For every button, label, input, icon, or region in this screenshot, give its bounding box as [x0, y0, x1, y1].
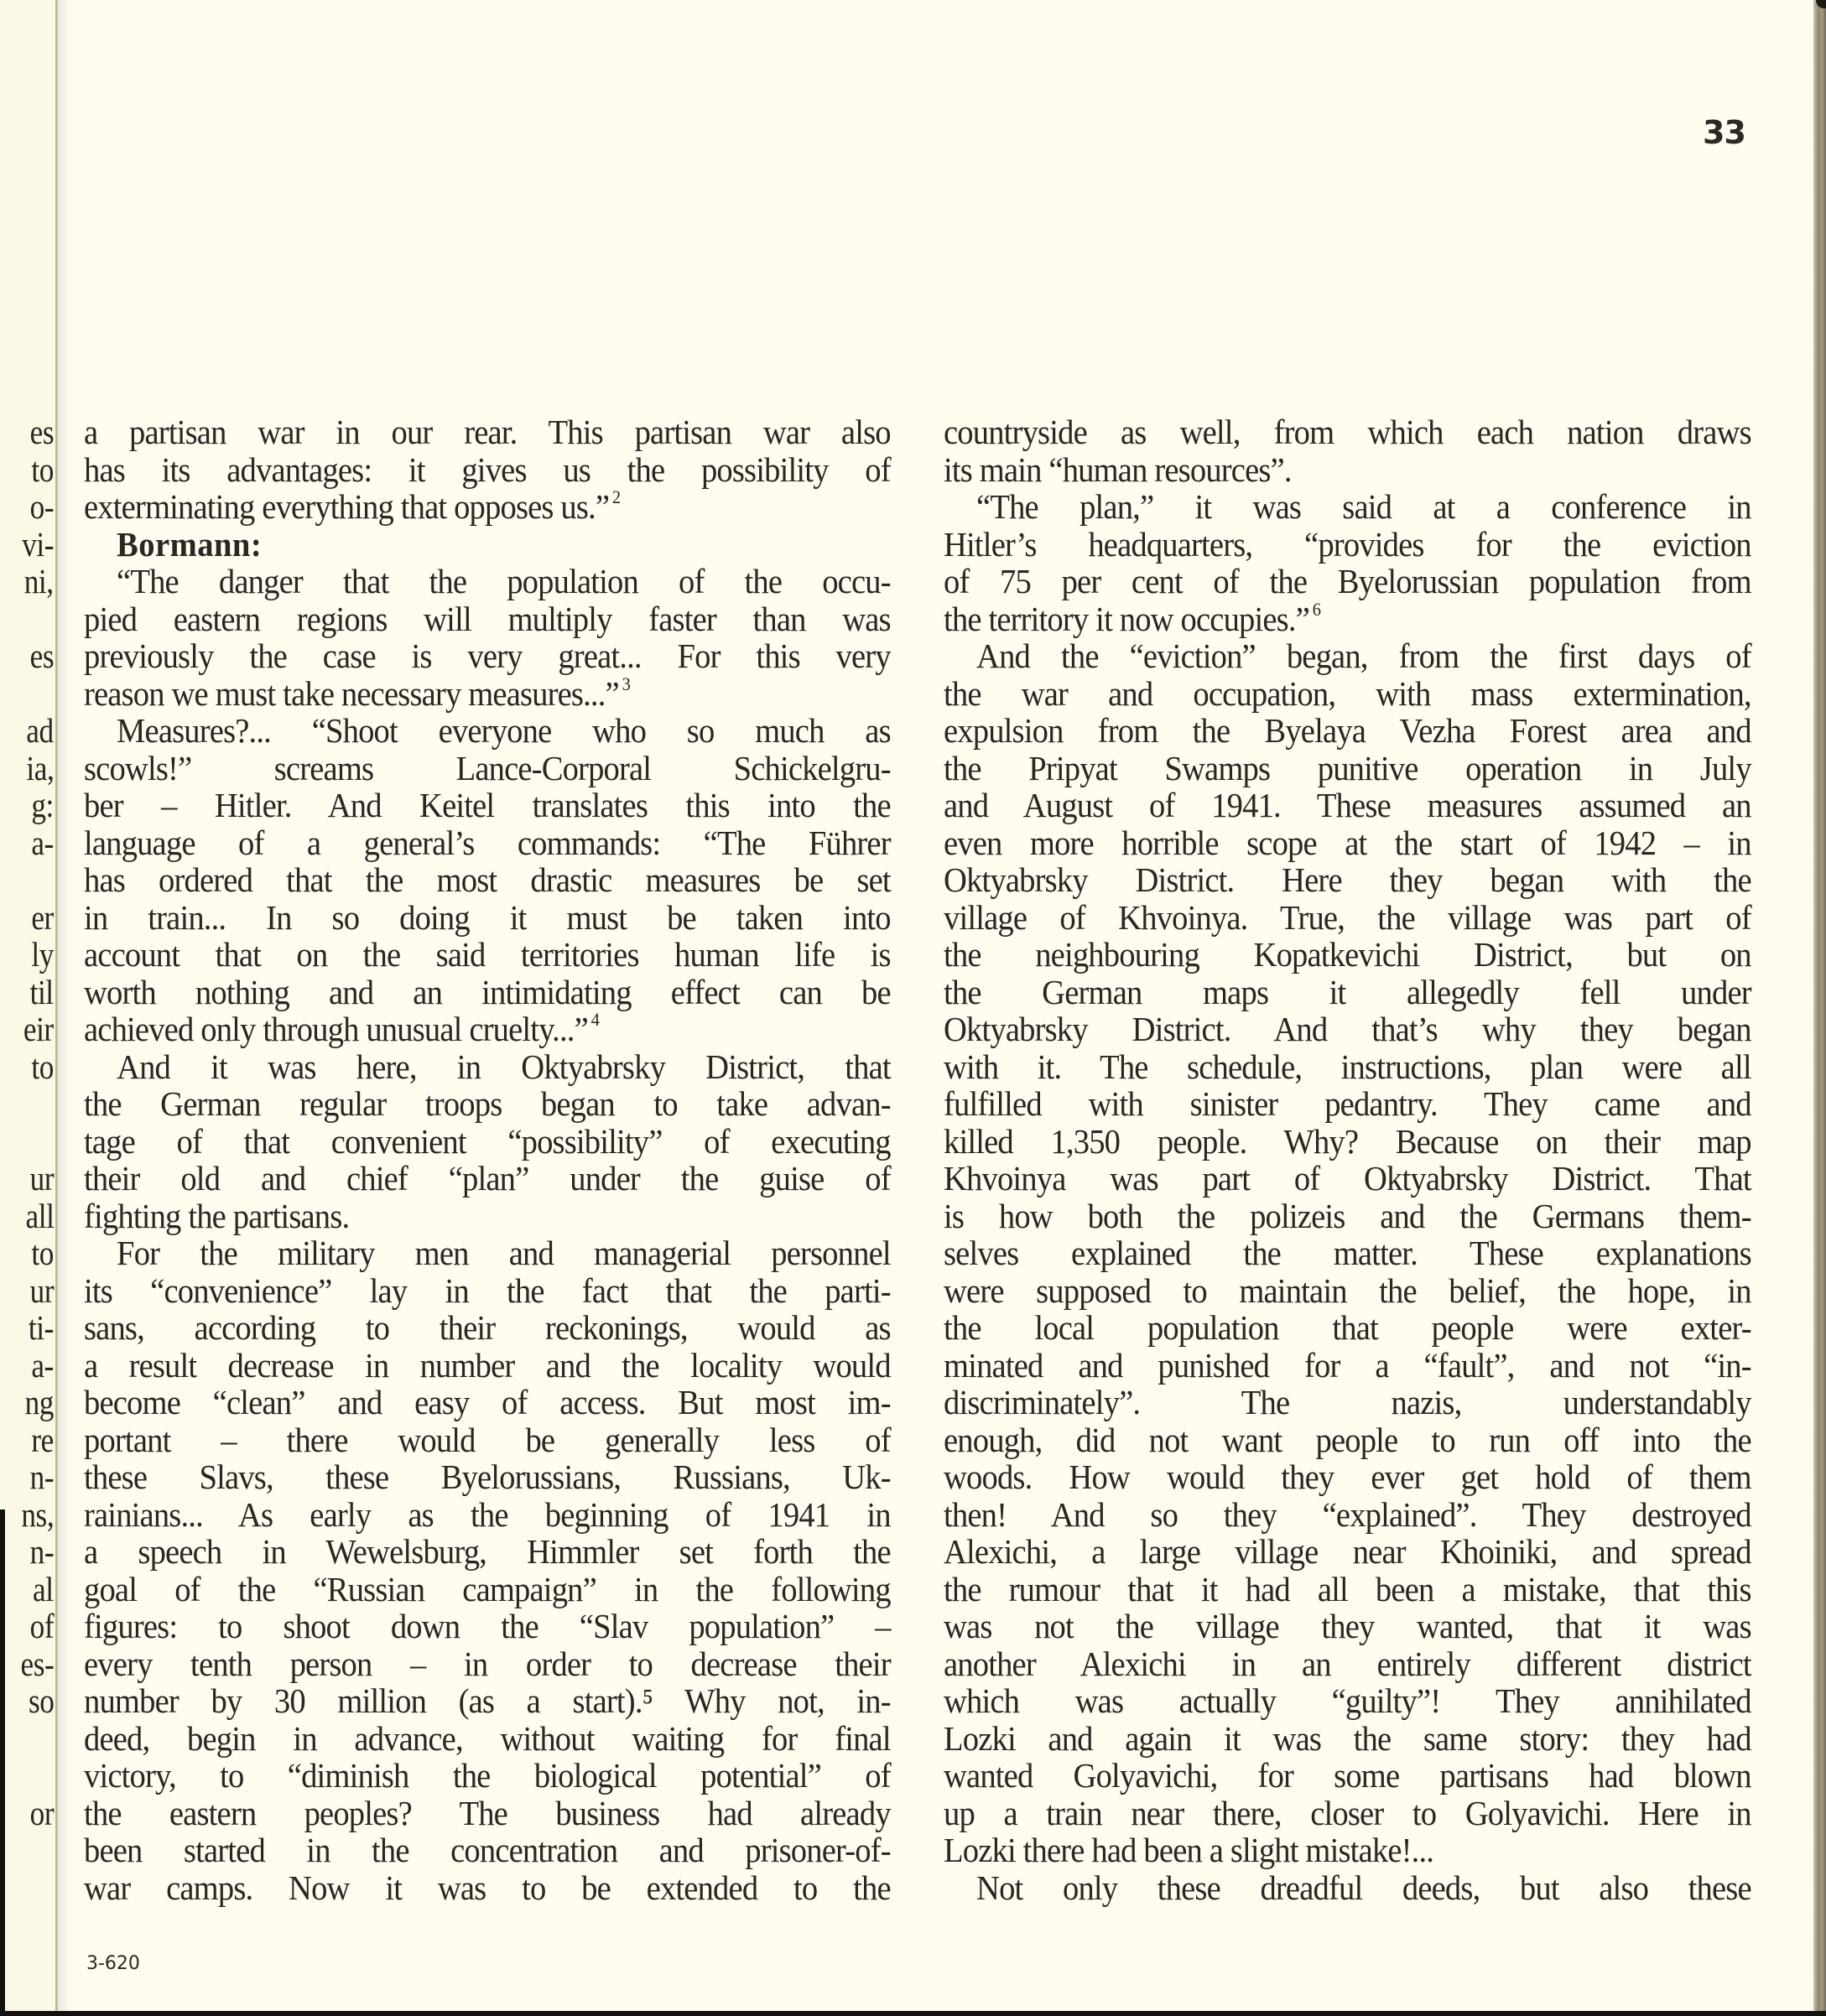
- text-line-content: ber – Hitler. And Keitel translates this…: [84, 786, 891, 824]
- text-line: the local population that people were ex…: [944, 1309, 1751, 1347]
- facing-page-text-fragment: to: [31, 1234, 54, 1272]
- text-line: figures: to shoot down the “Slav populat…: [84, 1608, 891, 1645]
- text-line: become “clean” and easy of access. But m…: [84, 1384, 891, 1421]
- text-line-content: become “clean” and easy of access. But m…: [84, 1383, 891, 1421]
- text-line: has ordered that the most drastic measur…: [84, 861, 891, 899]
- text-line-content: Measures?... “Shoot everyone who so much…: [117, 711, 891, 750]
- text-line-content: the German regular troops began to take …: [84, 1084, 891, 1123]
- text-line: expulsion from the Byelaya Vezha Forest …: [944, 712, 1751, 750]
- text-line-content: pied eastern regions will multiply faste…: [84, 600, 891, 638]
- page-number: 33: [1703, 114, 1745, 151]
- text-line-content: was not the village they wanted, that it…: [944, 1607, 1751, 1645]
- text-line-content: selves explained the matter. These expla…: [944, 1234, 1751, 1272]
- text-line-content: war camps. Now it was to be extended to …: [84, 1868, 891, 1907]
- text-line: were supposed to maintain the belief, th…: [944, 1272, 1751, 1310]
- text-line: portant – there would be generally less …: [84, 1421, 891, 1459]
- text-line: the territory it now occupies.”6: [944, 600, 1751, 638]
- text-line: fulfilled with sinister pedantry. They c…: [944, 1085, 1751, 1123]
- text-line-content: portant – there would be generally less …: [84, 1421, 891, 1459]
- text-line: the eastern peoples? The business had al…: [84, 1795, 891, 1832]
- text-line-content: reason we must take necessary measures..…: [84, 674, 619, 713]
- text-line-content: the local population that people were ex…: [944, 1308, 1751, 1347]
- text-line: the war and occupation, with mass exterm…: [944, 675, 1751, 713]
- text-line-content: language of a general’s commands: “The F…: [84, 824, 891, 862]
- text-line: another Alexichi in an entirely differen…: [944, 1645, 1751, 1683]
- text-line: which was actually “guilty”! They annihi…: [944, 1682, 1751, 1720]
- text-line: minated and punished for a “fault”, and …: [944, 1347, 1751, 1385]
- facing-page-text-fragment: til: [30, 974, 54, 1011]
- facing-page-text-fragment: to: [31, 451, 54, 489]
- text-line-content: the German maps it allegedly fell under: [944, 973, 1751, 1011]
- text-line-content: the neighbouring Kopatkevichi District, …: [944, 935, 1751, 974]
- text-line-content: has its advantages: it gives us the poss…: [84, 450, 891, 489]
- text-line-content: fighting the partisans.: [84, 1197, 349, 1235]
- text-line: even more horrible scope at the start of…: [944, 824, 1751, 862]
- text-line-content: fulfilled with sinister pedantry. They c…: [944, 1084, 1751, 1123]
- text-line-content: Lozki there had been a slight mistake!..…: [944, 1831, 1433, 1869]
- text-line: killed 1,350 people. Why? Because on the…: [944, 1123, 1751, 1161]
- facing-page-text-fragment: eir: [23, 1011, 54, 1048]
- text-line-content: has ordered that the most drastic measur…: [84, 860, 891, 899]
- text-line-content: Oktyabrsky District. Here they began wit…: [944, 860, 1751, 899]
- text-line: been started in the concentration and pr…: [84, 1832, 891, 1869]
- text-line-content: Bormann:: [117, 525, 262, 564]
- text-line: and August of 1941. These measures assum…: [944, 787, 1751, 824]
- text-line-content: account that on the said territories hum…: [84, 935, 891, 974]
- text-line-content: a partisan war in our rear. This partisa…: [84, 413, 891, 451]
- text-line-content: goal of the “Russian campaign” in the fo…: [84, 1570, 891, 1608]
- text-line: fighting the partisans.: [84, 1198, 891, 1235]
- facing-page-fragment: estoo-vi-ni,esadia,g:a-erlytileirtourall…: [0, 0, 57, 2011]
- text-line-content: tage of that convenient “possibility” of…: [84, 1122, 891, 1161]
- speaker-heading: Bormann:: [84, 526, 891, 564]
- text-line: And it was here, in Oktyabrsky District,…: [84, 1048, 891, 1086]
- facing-page-text-fragment: to: [31, 1048, 54, 1086]
- facing-page-text-fragment: ti-: [29, 1309, 54, 1347]
- text-line-content: a result decrease in number and the loca…: [84, 1346, 891, 1385]
- footnote-marker: 6: [1313, 599, 1320, 620]
- text-line-content: village of Khvoinya. True, the village w…: [944, 898, 1751, 937]
- text-line: its main “human resources”.: [944, 451, 1751, 489]
- text-line: Oktyabrsky District. And that’s why they…: [944, 1011, 1751, 1048]
- text-line: a partisan war in our rear. This partisa…: [84, 413, 891, 451]
- facing-page-text-fragment: o-: [29, 488, 54, 526]
- text-line-content: exterminating everything that opposes us…: [84, 487, 609, 526]
- text-line: deed, begin in advance, without waiting …: [84, 1720, 891, 1758]
- text-line-content: then! And so they “explained”. They dest…: [944, 1495, 1751, 1534]
- text-line-content: their old and chief “plan” under the gui…: [84, 1159, 891, 1198]
- facing-page-text-fragment: ns,: [21, 1496, 54, 1534]
- facing-page-text-fragment: of: [29, 1608, 54, 1645]
- text-line-content: achieved only through unusual cruelty...…: [84, 1010, 588, 1048]
- printer-signature-mark: 3-620: [86, 1953, 140, 1974]
- text-line: is how both the polizeis and the Germans…: [944, 1198, 1751, 1235]
- text-line: a result decrease in number and the loca…: [84, 1347, 891, 1385]
- text-line: reason we must take necessary measures..…: [84, 675, 891, 713]
- text-line: wanted Golyavichi, for some partisans ha…: [944, 1757, 1751, 1795]
- text-line: pied eastern regions will multiply faste…: [84, 600, 891, 638]
- text-line: scowls!” screams Lance-Corporal Schickel…: [84, 750, 891, 787]
- text-line: victory, to “diminish the biological pot…: [84, 1757, 891, 1795]
- text-line: Measures?... “Shoot everyone who so much…: [84, 712, 891, 750]
- text-line-content: deed, begin in advance, without waiting …: [84, 1719, 891, 1758]
- text-line: “The danger that the population of the o…: [84, 563, 891, 600]
- scan-border-left: [0, 1509, 5, 2016]
- text-line-content: up a train near there, closer to Golyavi…: [944, 1794, 1751, 1832]
- text-line: up a train near there, closer to Golyavi…: [944, 1795, 1751, 1832]
- text-line-content: were supposed to maintain the belief, th…: [944, 1271, 1751, 1310]
- text-line-content: expulsion from the Byelaya Vezha Forest …: [944, 711, 1751, 750]
- facing-page-text-fragment: ng: [25, 1384, 54, 1421]
- text-line: every tenth person – in order to decreas…: [84, 1645, 891, 1683]
- text-line-content: and August of 1941. These measures assum…: [944, 786, 1751, 824]
- facing-page-text-fragment: es: [29, 637, 54, 675]
- facing-page-text-fragment: ni,: [24, 563, 54, 600]
- facing-page-text-fragment: es: [29, 413, 54, 451]
- text-line-content: previously the case is very great... For…: [84, 636, 891, 675]
- text-line: account that on the said territories hum…: [84, 936, 891, 974]
- footnote-marker: 2: [612, 486, 620, 507]
- text-line: in train... In so doing it must be taken…: [84, 899, 891, 937]
- text-line: a speech in Wewelsburg, Himmler set fort…: [84, 1533, 891, 1571]
- text-line-content: even more horrible scope at the start of…: [944, 824, 1751, 862]
- text-line-content: with it. The schedule, instructions, pla…: [944, 1047, 1751, 1086]
- text-line-content: Oktyabrsky District. And that’s why they…: [944, 1010, 1751, 1048]
- facing-page-text-fragment: ia,: [26, 750, 54, 787]
- text-line-content: the territory it now occupies.”: [944, 600, 1309, 638]
- text-line-content: enough, did not want people to run off i…: [944, 1421, 1751, 1459]
- text-line: sans, according to their reckonings, wou…: [84, 1309, 891, 1347]
- text-line: Oktyabrsky District. Here they began wit…: [944, 861, 1751, 899]
- text-line: exterminating everything that opposes us…: [84, 488, 891, 526]
- text-line-content: of 75 per cent of the Byelorussian popul…: [944, 562, 1751, 600]
- facing-page-text-fragment: es-: [20, 1645, 54, 1683]
- text-line-content: Not only these dreadful deeds, but also …: [976, 1868, 1751, 1907]
- text-line-content: been started in the concentration and pr…: [84, 1831, 891, 1869]
- text-line: the German regular troops began to take …: [84, 1085, 891, 1123]
- gutter-shadow: [58, 0, 70, 2011]
- facing-page-text-fragment: re: [31, 1421, 54, 1459]
- facing-page-text-fragment: or: [29, 1795, 54, 1832]
- facing-page-text-fragment: ad: [27, 712, 54, 750]
- text-line-content: which was actually “guilty”! They annihi…: [944, 1681, 1751, 1720]
- text-line-content: every tenth person – in order to decreas…: [84, 1644, 891, 1683]
- text-line: its “convenience” lay in the fact that t…: [84, 1272, 891, 1310]
- facing-page-text-fragment: ur: [29, 1160, 54, 1198]
- text-line: goal of the “Russian campaign” in the fo…: [84, 1571, 891, 1608]
- text-line-content: its “convenience” lay in the fact that t…: [84, 1271, 891, 1310]
- text-line: has its advantages: it gives us the poss…: [84, 451, 891, 489]
- text-line-content: figures: to shoot down the “Slav populat…: [84, 1607, 891, 1645]
- text-line-content: these Slavs, these Byelorussians, Russia…: [84, 1457, 891, 1496]
- text-line: the German maps it allegedly fell under: [944, 974, 1751, 1011]
- text-line-content: its main “human resources”.: [944, 450, 1292, 489]
- text-line: Not only these dreadful deeds, but also …: [944, 1869, 1751, 1907]
- text-line-content: the war and occupation, with mass exterm…: [944, 674, 1751, 713]
- text-line: previously the case is very great... For…: [84, 637, 891, 675]
- text-line-content: the eastern peoples? The business had al…: [84, 1794, 891, 1832]
- text-line-content: sans, according to their reckonings, wou…: [84, 1308, 891, 1347]
- text-line-content: Alexichi, a large village near Khoiniki,…: [944, 1532, 1751, 1571]
- text-line: worth nothing and an intimidating effect…: [84, 974, 891, 1011]
- text-line-content: scowls!” screams Lance-Corporal Schickel…: [84, 749, 891, 787]
- text-line-content: discriminately”. The nazis, understandab…: [944, 1383, 1751, 1421]
- text-line: And the “eviction” began, from the first…: [944, 637, 1751, 675]
- text-line: countryside as well, from which each nat…: [944, 413, 1751, 451]
- text-line-content: killed 1,350 people. Why? Because on the…: [944, 1122, 1751, 1161]
- text-line: their old and chief “plan” under the gui…: [84, 1160, 891, 1198]
- text-line-content: number by 30 million (as a start).⁵ Why …: [84, 1681, 891, 1720]
- text-line-content: And the “eviction” began, from the first…: [976, 636, 1751, 675]
- text-line: “The plan,” it was said at a conference …: [944, 488, 1751, 526]
- facing-page-text-fragment: al: [33, 1571, 54, 1608]
- text-line-content: woods. How would they ever get hold of t…: [944, 1457, 1751, 1496]
- facing-page-text-fragment: er: [31, 899, 54, 937]
- text-line-content: “The plan,” it was said at a conference …: [976, 487, 1751, 526]
- text-line: For the military men and managerial pers…: [84, 1234, 891, 1272]
- text-line-content: “The danger that the population of the o…: [117, 562, 891, 600]
- text-line-content: worth nothing and an intimidating effect…: [84, 973, 891, 1011]
- text-line: Khvoinya was part of Oktyabrsky District…: [944, 1160, 1751, 1198]
- text-line: achieved only through unusual cruelty...…: [84, 1011, 891, 1048]
- text-line: Alexichi, a large village near Khoiniki,…: [944, 1533, 1751, 1571]
- text-line-content: victory, to “diminish the biological pot…: [84, 1756, 891, 1795]
- scan-border-bottom: [0, 2011, 1826, 2016]
- text-line: discriminately”. The nazis, understandab…: [944, 1384, 1751, 1421]
- facing-page-text-fragment: a-: [31, 824, 54, 862]
- text-line: Lozki there had been a slight mistake!..…: [944, 1832, 1751, 1869]
- facing-page-text-fragment: ur: [29, 1272, 54, 1310]
- right-text-column: countryside as well, from which each nat…: [944, 413, 1751, 1906]
- text-line: then! And so they “explained”. They dest…: [944, 1496, 1751, 1534]
- facing-page-text-fragment: so: [28, 1682, 54, 1720]
- text-line-content: another Alexichi in an entirely differen…: [944, 1644, 1751, 1683]
- facing-page-text-fragment: vi-: [22, 526, 54, 564]
- text-line: of 75 per cent of the Byelorussian popul…: [944, 563, 1751, 600]
- text-line-content: countryside as well, from which each nat…: [944, 413, 1751, 451]
- text-line: the rumour that it had all been a mistak…: [944, 1571, 1751, 1608]
- text-line: ber – Hitler. And Keitel translates this…: [84, 787, 891, 824]
- page-edge-binding: [1813, 0, 1826, 2011]
- text-line-content: rainians... As early as the beginning of…: [84, 1495, 891, 1534]
- text-line: with it. The schedule, instructions, pla…: [944, 1048, 1751, 1086]
- text-line: war camps. Now it was to be extended to …: [84, 1869, 891, 1907]
- text-line-content: Hitler’s headquarters, “provides for the…: [944, 525, 1751, 564]
- text-line: Hitler’s headquarters, “provides for the…: [944, 526, 1751, 564]
- text-line-content: And it was here, in Oktyabrsky District,…: [117, 1047, 891, 1086]
- text-line-content: Lozki and again it was the same story: t…: [944, 1719, 1751, 1758]
- text-line: Lozki and again it was the same story: t…: [944, 1720, 1751, 1758]
- left-text-column: a partisan war in our rear. This partisa…: [84, 413, 891, 1906]
- text-line: enough, did not want people to run off i…: [944, 1421, 1751, 1459]
- facing-page-text-fragment: n-: [29, 1458, 54, 1496]
- footnote-marker: 3: [622, 673, 630, 694]
- text-line: these Slavs, these Byelorussians, Russia…: [84, 1458, 891, 1496]
- text-line: the Pripyat Swamps punitive operation in…: [944, 750, 1751, 787]
- text-line-content: Khvoinya was part of Oktyabrsky District…: [944, 1159, 1751, 1198]
- facing-page-text-fragment: n-: [29, 1533, 54, 1571]
- text-line: tage of that convenient “possibility” of…: [84, 1123, 891, 1161]
- facing-page-text-fragment: g:: [31, 787, 54, 824]
- text-line: rainians... As early as the beginning of…: [84, 1496, 891, 1534]
- facing-page-text-fragment: all: [25, 1198, 54, 1235]
- text-line: was not the village they wanted, that it…: [944, 1608, 1751, 1645]
- text-line: number by 30 million (as a start).⁵ Why …: [84, 1682, 891, 1720]
- footnote-marker: 4: [591, 1009, 599, 1030]
- text-line-content: a speech in Wewelsburg, Himmler set fort…: [84, 1532, 891, 1571]
- text-line-content: is how both the polizeis and the Germans…: [944, 1197, 1751, 1235]
- text-line-content: the rumour that it had all been a mistak…: [944, 1570, 1751, 1608]
- text-line-content: For the military men and managerial pers…: [117, 1234, 891, 1272]
- text-line-content: the Pripyat Swamps punitive operation in…: [944, 749, 1751, 787]
- text-line-content: minated and punished for a “fault”, and …: [944, 1346, 1751, 1385]
- facing-page-text-fragment: ly: [31, 936, 54, 974]
- text-line: selves explained the matter. These expla…: [944, 1234, 1751, 1272]
- text-line: language of a general’s commands: “The F…: [84, 824, 891, 862]
- text-line: the neighbouring Kopatkevichi District, …: [944, 936, 1751, 974]
- text-line: village of Khvoinya. True, the village w…: [944, 899, 1751, 937]
- text-line-content: in train... In so doing it must be taken…: [84, 898, 891, 937]
- text-line: woods. How would they ever get hold of t…: [944, 1458, 1751, 1496]
- text-line-content: wanted Golyavichi, for some partisans ha…: [944, 1756, 1751, 1795]
- facing-page-text-fragment: a-: [31, 1347, 54, 1385]
